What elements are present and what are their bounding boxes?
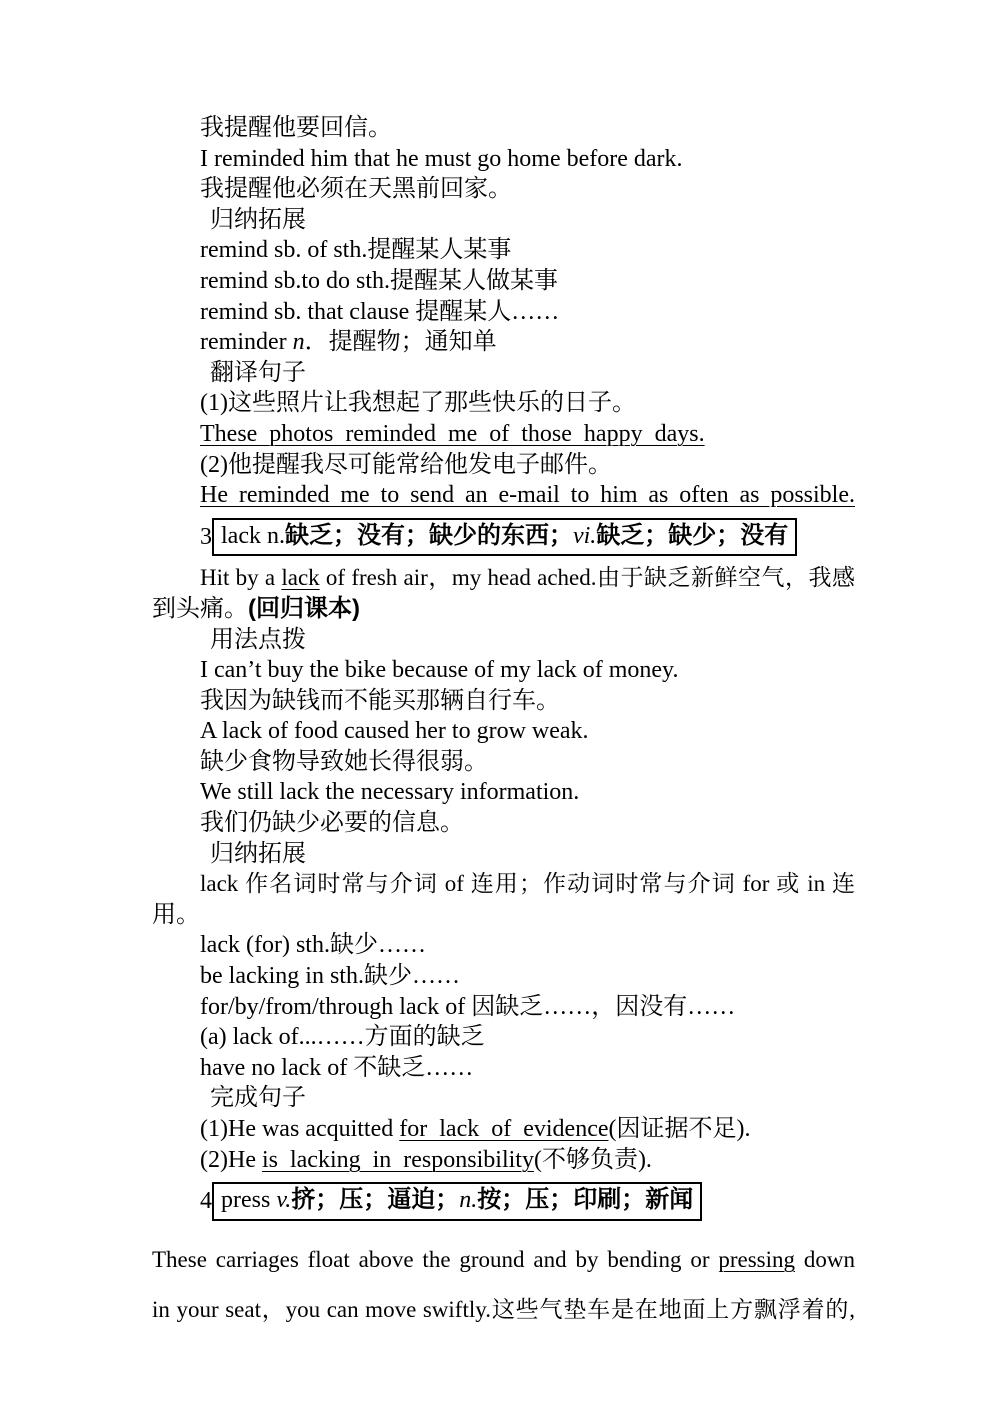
vocab-entry-press: 4 press v.挤；压；逼迫；n.按；压；印刷；新闻 (152, 1182, 855, 1221)
pattern-text: lack (for) sth.缺少…… (200, 932, 426, 958)
usage-pattern-line: have no lack of 不缺乏…… (152, 1053, 855, 1084)
vocab-definition-box: press v.挤；压；逼迫；n.按；压；印刷；新闻 (212, 1182, 702, 1221)
example-cn-line: 我提醒他要回信。 (152, 113, 855, 144)
section-header-text: 用法点拨 (210, 627, 306, 653)
vocab-entry-number: 3 (200, 522, 212, 553)
example-en-line: We still lack the necessary information. (152, 777, 855, 808)
example-text: 我提醒他必须在天黑前回家。 (200, 176, 512, 202)
keyword-underlined: pressing (718, 1247, 795, 1272)
pattern-text: (a) lack of...……方面的缺乏 (200, 1024, 485, 1050)
vocab-entry-lack: 3 lack n.缺乏；没有；缺少的东西；vi.缺乏；缺少；没有 (152, 518, 855, 557)
word-text: reminder (200, 329, 293, 355)
sentence-text: (不够负责). (534, 1147, 652, 1173)
example-en-line: A lack of food caused her to grow weak. (152, 716, 855, 747)
grammar-note-line: lack 作名词时常与介词 of 连用；作动词时常与介词 for 或 in 连 (152, 869, 855, 900)
grammar-note-wrap-line: 用。 (152, 900, 855, 931)
example-text: 到头痛。 (152, 596, 248, 622)
textbook-example-line: Hit by a lack of fresh air，my head ached… (152, 563, 855, 594)
example-line: These carriages float above the ground a… (152, 1235, 855, 1285)
example-text: 我们仍缺少必要的信息。 (200, 810, 464, 836)
fill-in-answer: is lacking in responsibility (262, 1147, 534, 1173)
example-text: I reminded him that he must go home befo… (200, 146, 683, 172)
definition-cn: 挤；压；逼迫； (291, 1186, 459, 1213)
usage-pattern-line: lack (for) sth.缺少…… (152, 930, 855, 961)
usage-pattern-line: (a) lack of...……方面的缺乏 (152, 1022, 855, 1053)
pattern-text: remind sb. of sth.提醒某人某事 (200, 237, 511, 263)
translate-answer-line: These photos reminded me of those happy … (152, 419, 855, 450)
section-header-text: 完成句子 (210, 1085, 306, 1111)
translate-question-line: (2)他提醒我尽可能常给他发电子邮件。 (152, 450, 855, 481)
fill-in-answer: for lack of evidence (399, 1116, 608, 1142)
part-of-speech: n (293, 329, 305, 355)
source-label: (回归课本) (248, 595, 360, 622)
pattern-text: be lacking in sth.缺少…… (200, 963, 460, 989)
complete-sentence-line: (1)He was acquitted for lack of evidence… (152, 1114, 855, 1145)
pattern-text: remind sb.to do sth.提醒某人做某事 (200, 268, 558, 294)
example-cn-line: 我们仍缺少必要的信息。 (152, 808, 855, 839)
document-page: 我提醒他要回信。 I reminded him that he must go … (0, 0, 1000, 1414)
pattern-text: remind sb. that clause 提醒某人…… (200, 299, 559, 325)
part-of-speech: n. (267, 523, 285, 549)
vocab-entry-number: 4 (200, 1186, 212, 1217)
question-text: (1)这些照片让我想起了那些快乐的日子。 (200, 390, 636, 416)
section-header-text: 归纳拓展 (210, 207, 306, 233)
usage-pattern-line: remind sb.to do sth.提醒某人做某事 (152, 266, 855, 297)
example-en-line: I can’t buy the bike because of my lack … (152, 655, 855, 686)
definition-cn: 按；压；印刷；新闻 (477, 1186, 693, 1213)
usage-pattern-line: be lacking in sth.缺少…… (152, 961, 855, 992)
usage-pattern-line: reminder n．提醒物；通知单 (152, 327, 855, 358)
vocab-definition-box: lack n.缺乏；没有；缺少的东西；vi.缺乏；缺少；没有 (212, 518, 797, 557)
section-header-translate: 翻译句子 (152, 358, 855, 389)
complete-sentence-line: (2)He is lacking in responsibility(不够负责)… (152, 1145, 855, 1176)
example-cn-line: 我因为缺钱而不能买那辆自行车。 (152, 686, 855, 717)
example-text: Hit by a (200, 565, 281, 590)
pattern-text: for/by/from/through lack of 因缺乏……，因没有…… (200, 994, 735, 1020)
example-text: of fresh air，my head ached.由于缺乏新鲜空气，我感 (320, 565, 855, 590)
example-text: 我因为缺钱而不能买那辆自行车。 (200, 688, 560, 714)
note-text: lack 作名词时常与介词 of 连用；作动词时常与介词 for 或 in 连 (200, 871, 855, 896)
example-cn-line: 我提醒他必须在天黑前回家。 (152, 174, 855, 205)
note-text: 用。 (152, 902, 200, 928)
part-of-speech: n. (459, 1187, 477, 1213)
usage-pattern-line: remind sb. of sth.提醒某人某事 (152, 235, 855, 266)
headword: press (221, 1187, 276, 1213)
textbook-example-wrap-line: 到头痛。(回归课本) (152, 594, 855, 625)
example-text: in your seat，you can move swiftly.这些气垫车是… (152, 1297, 855, 1322)
section-header-expand: 归纳拓展 (152, 839, 855, 870)
section-header-complete: 完成句子 (152, 1083, 855, 1114)
example-text: down (795, 1247, 855, 1272)
translate-question-line: (1)这些照片让我想起了那些快乐的日子。 (152, 388, 855, 419)
definition-cn: 缺乏；缺少；没有 (596, 522, 788, 549)
sentence-text: (2)He (200, 1147, 262, 1173)
fill-in-answer: These photos reminded me of those happy … (200, 421, 705, 447)
part-of-speech: v. (276, 1187, 291, 1213)
section-header-text: 翻译句子 (210, 360, 306, 386)
sentence-text: (1)He was acquitted (200, 1116, 399, 1142)
example-en-line: I reminded him that he must go home befo… (152, 144, 855, 175)
example-text: A lack of food caused her to grow weak. (200, 718, 589, 744)
example-text: 我提醒他要回信。 (200, 115, 392, 141)
example-text: 缺少食物导致她长得很弱。 (200, 749, 488, 775)
usage-pattern-line: for/by/from/through lack of 因缺乏……，因没有…… (152, 992, 855, 1023)
question-text: (2)他提醒我尽可能常给他发电子邮件。 (200, 452, 612, 478)
usage-pattern-line: remind sb. that clause 提醒某人…… (152, 297, 855, 328)
press-example-paragraph: These carriages float above the ground a… (152, 1235, 855, 1335)
example-line: in your seat，you can move swiftly.这些气垫车是… (152, 1285, 855, 1335)
example-text: I can’t buy the bike because of my lack … (200, 657, 679, 683)
definition-cn: 缺乏；没有；缺少的东西； (285, 522, 573, 549)
section-header-usage: 用法点拨 (152, 625, 855, 656)
sentence-text: (因证据不足). (609, 1116, 751, 1142)
definition-text: ．提醒物；通知单 (305, 329, 497, 355)
example-cn-line: 缺少食物导致她长得很弱。 (152, 747, 855, 778)
fill-in-answer: He reminded me to send an e-mail to him … (200, 482, 855, 508)
part-of-speech: vi. (573, 523, 596, 549)
headword: lack (221, 523, 267, 549)
pattern-text: have no lack of 不缺乏…… (200, 1055, 473, 1081)
example-text: We still lack the necessary information. (200, 779, 579, 805)
example-text: These carriages float above the ground a… (152, 1247, 718, 1272)
section-header-expand: 归纳拓展 (152, 205, 855, 236)
translate-answer-line: He reminded me to send an e-mail to him … (152, 480, 855, 511)
keyword-underlined: lack (281, 565, 319, 590)
section-header-text: 归纳拓展 (210, 841, 306, 867)
